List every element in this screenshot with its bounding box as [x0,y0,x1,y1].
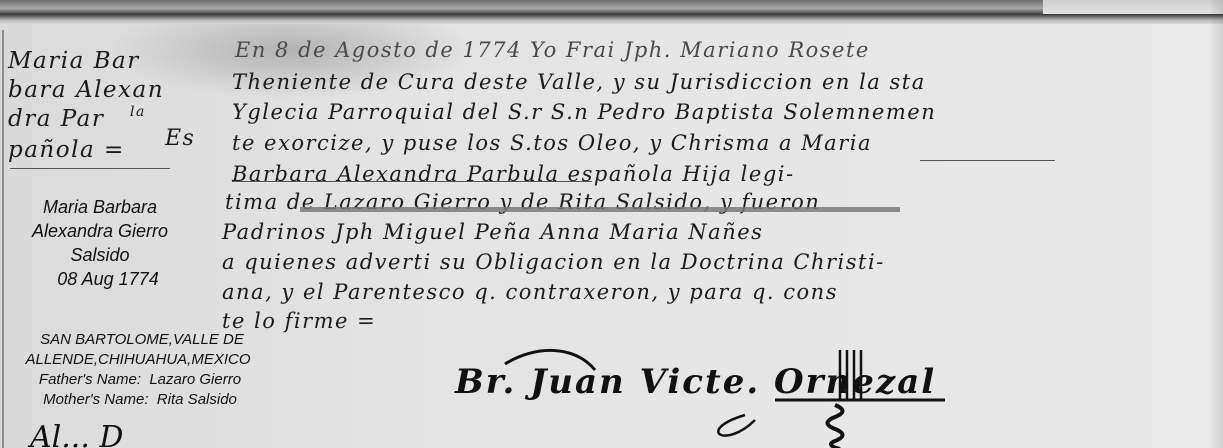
body-line-4: te exorcize, y puse los S.tos Oleo, y Ch… [232,131,872,155]
document-scan: Maria Bar bara Alexan dra Par pañola = l… [0,0,1223,448]
body-line-9: ana, y el Parentesco q. contraxeron, y p… [222,280,838,304]
body-underline-name [232,181,592,182]
caption-father: Father's Name: Lazaro Gierro [0,370,280,390]
caption-father-label: Father's Name: [39,371,141,388]
caption-father-value: Lazaro Gierro [149,371,241,388]
bottom-fragment-text: Al... D [30,420,123,448]
body-line-7: Padrinos Jph Miguel Peña Anna Maria Nañe… [222,220,763,244]
margin-note-underline [10,168,170,169]
margin-note-line-1: Maria Bar [8,48,140,75]
caption-mother-value: Rita Salsido [157,391,237,408]
signature-flourish-icon [445,340,945,448]
body-underline-maria [920,160,1055,161]
margin-note-line-3: dra Par [8,106,104,133]
body-line-5: Barbara Alexandra Parbula española Hija … [232,162,795,186]
body-line-3: Yglecia Parroquial del S.r S.n Pedro Bap… [232,100,936,124]
body-line-2: Theniente de Cura deste Valle, y su Juri… [232,70,926,94]
margin-note-line-2: bara Alexan [8,77,164,104]
caption-place-1: SAN BARTOLOME,VALLE DE [2,330,282,350]
caption-mother: Mother's Name: Rita Salsido [0,390,280,410]
caption-date: 08 Aug 1774 [18,268,198,290]
caption-mother-label: Mother's Name: [43,391,148,408]
caption-name-1: Maria Barbara [10,196,190,218]
page-top-edge-right [1043,0,1223,14]
caption-name-2: Alexandra Gierro [10,220,190,242]
body-line-8: a quienes adverti su Obligacion en la Do… [222,250,885,274]
caption-name-3: Salsido [10,244,190,266]
page-right-shadow [1209,0,1223,448]
body-line-1: En 8 de Agosto de 1774 Yo Frai Jph. Mari… [235,38,870,62]
margin-note-interlinear-1: la [130,104,146,120]
signature: Br. Juan Victe. Ornezal [445,340,945,448]
caption-place-2: ALLENDE,CHIHUAHUA,MEXICO [0,350,276,370]
margin-note-line-4: pañola = [8,137,125,164]
margin-note-interlinear-2: Es [165,126,195,151]
page-top-edge [0,0,1223,24]
parents-highlight-underline [300,207,900,212]
